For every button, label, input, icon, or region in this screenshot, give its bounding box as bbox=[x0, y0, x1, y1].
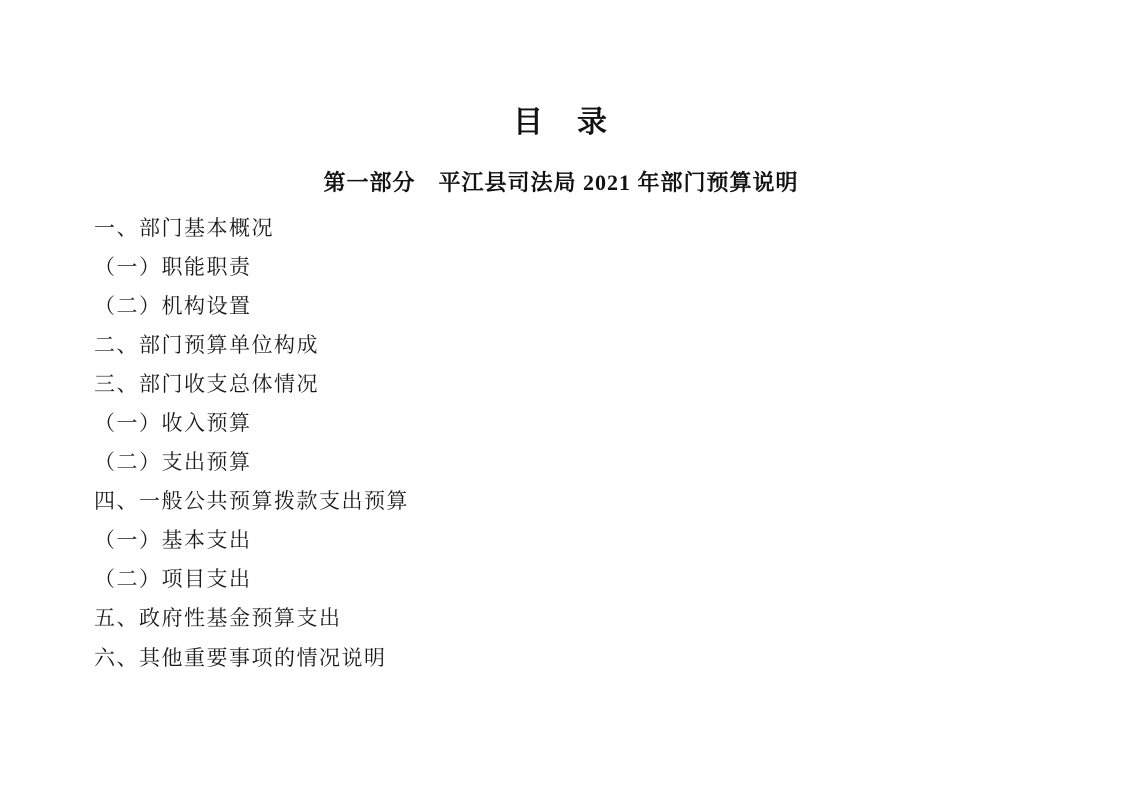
toc-item: 六、其他重要事项的情况说明 bbox=[94, 637, 1062, 676]
part-one-heading: 第一部分 平江县司法局 2021 年部门预算说明 bbox=[0, 167, 1122, 199]
toc-item: （一）基本支出 bbox=[94, 520, 1062, 559]
toc-item: 二、部门预算单位构成 bbox=[94, 324, 1062, 363]
toc-item: （二）支出预算 bbox=[94, 442, 1062, 481]
toc-item: 一、部门基本概况 bbox=[94, 207, 1062, 246]
table-of-contents: 一、部门基本概况 （一）职能职责 （二）机构设置 二、部门预算单位构成 三、部门… bbox=[94, 207, 1062, 676]
document-page: 目 录 第一部分 平江县司法局 2021 年部门预算说明 一、部门基本概况 （一… bbox=[0, 0, 1122, 793]
toc-item: 五、政府性基金预算支出 bbox=[94, 598, 1062, 637]
page-title: 目 录 bbox=[0, 104, 1122, 142]
toc-item: 四、一般公共预算拨款支出预算 bbox=[94, 481, 1062, 520]
toc-item: （一）职能职责 bbox=[94, 246, 1062, 285]
toc-item: （二）项目支出 bbox=[94, 559, 1062, 598]
toc-item: （二）机构设置 bbox=[94, 285, 1062, 324]
toc-item: （一）收入预算 bbox=[94, 402, 1062, 441]
toc-item: 三、部门收支总体情况 bbox=[94, 363, 1062, 402]
